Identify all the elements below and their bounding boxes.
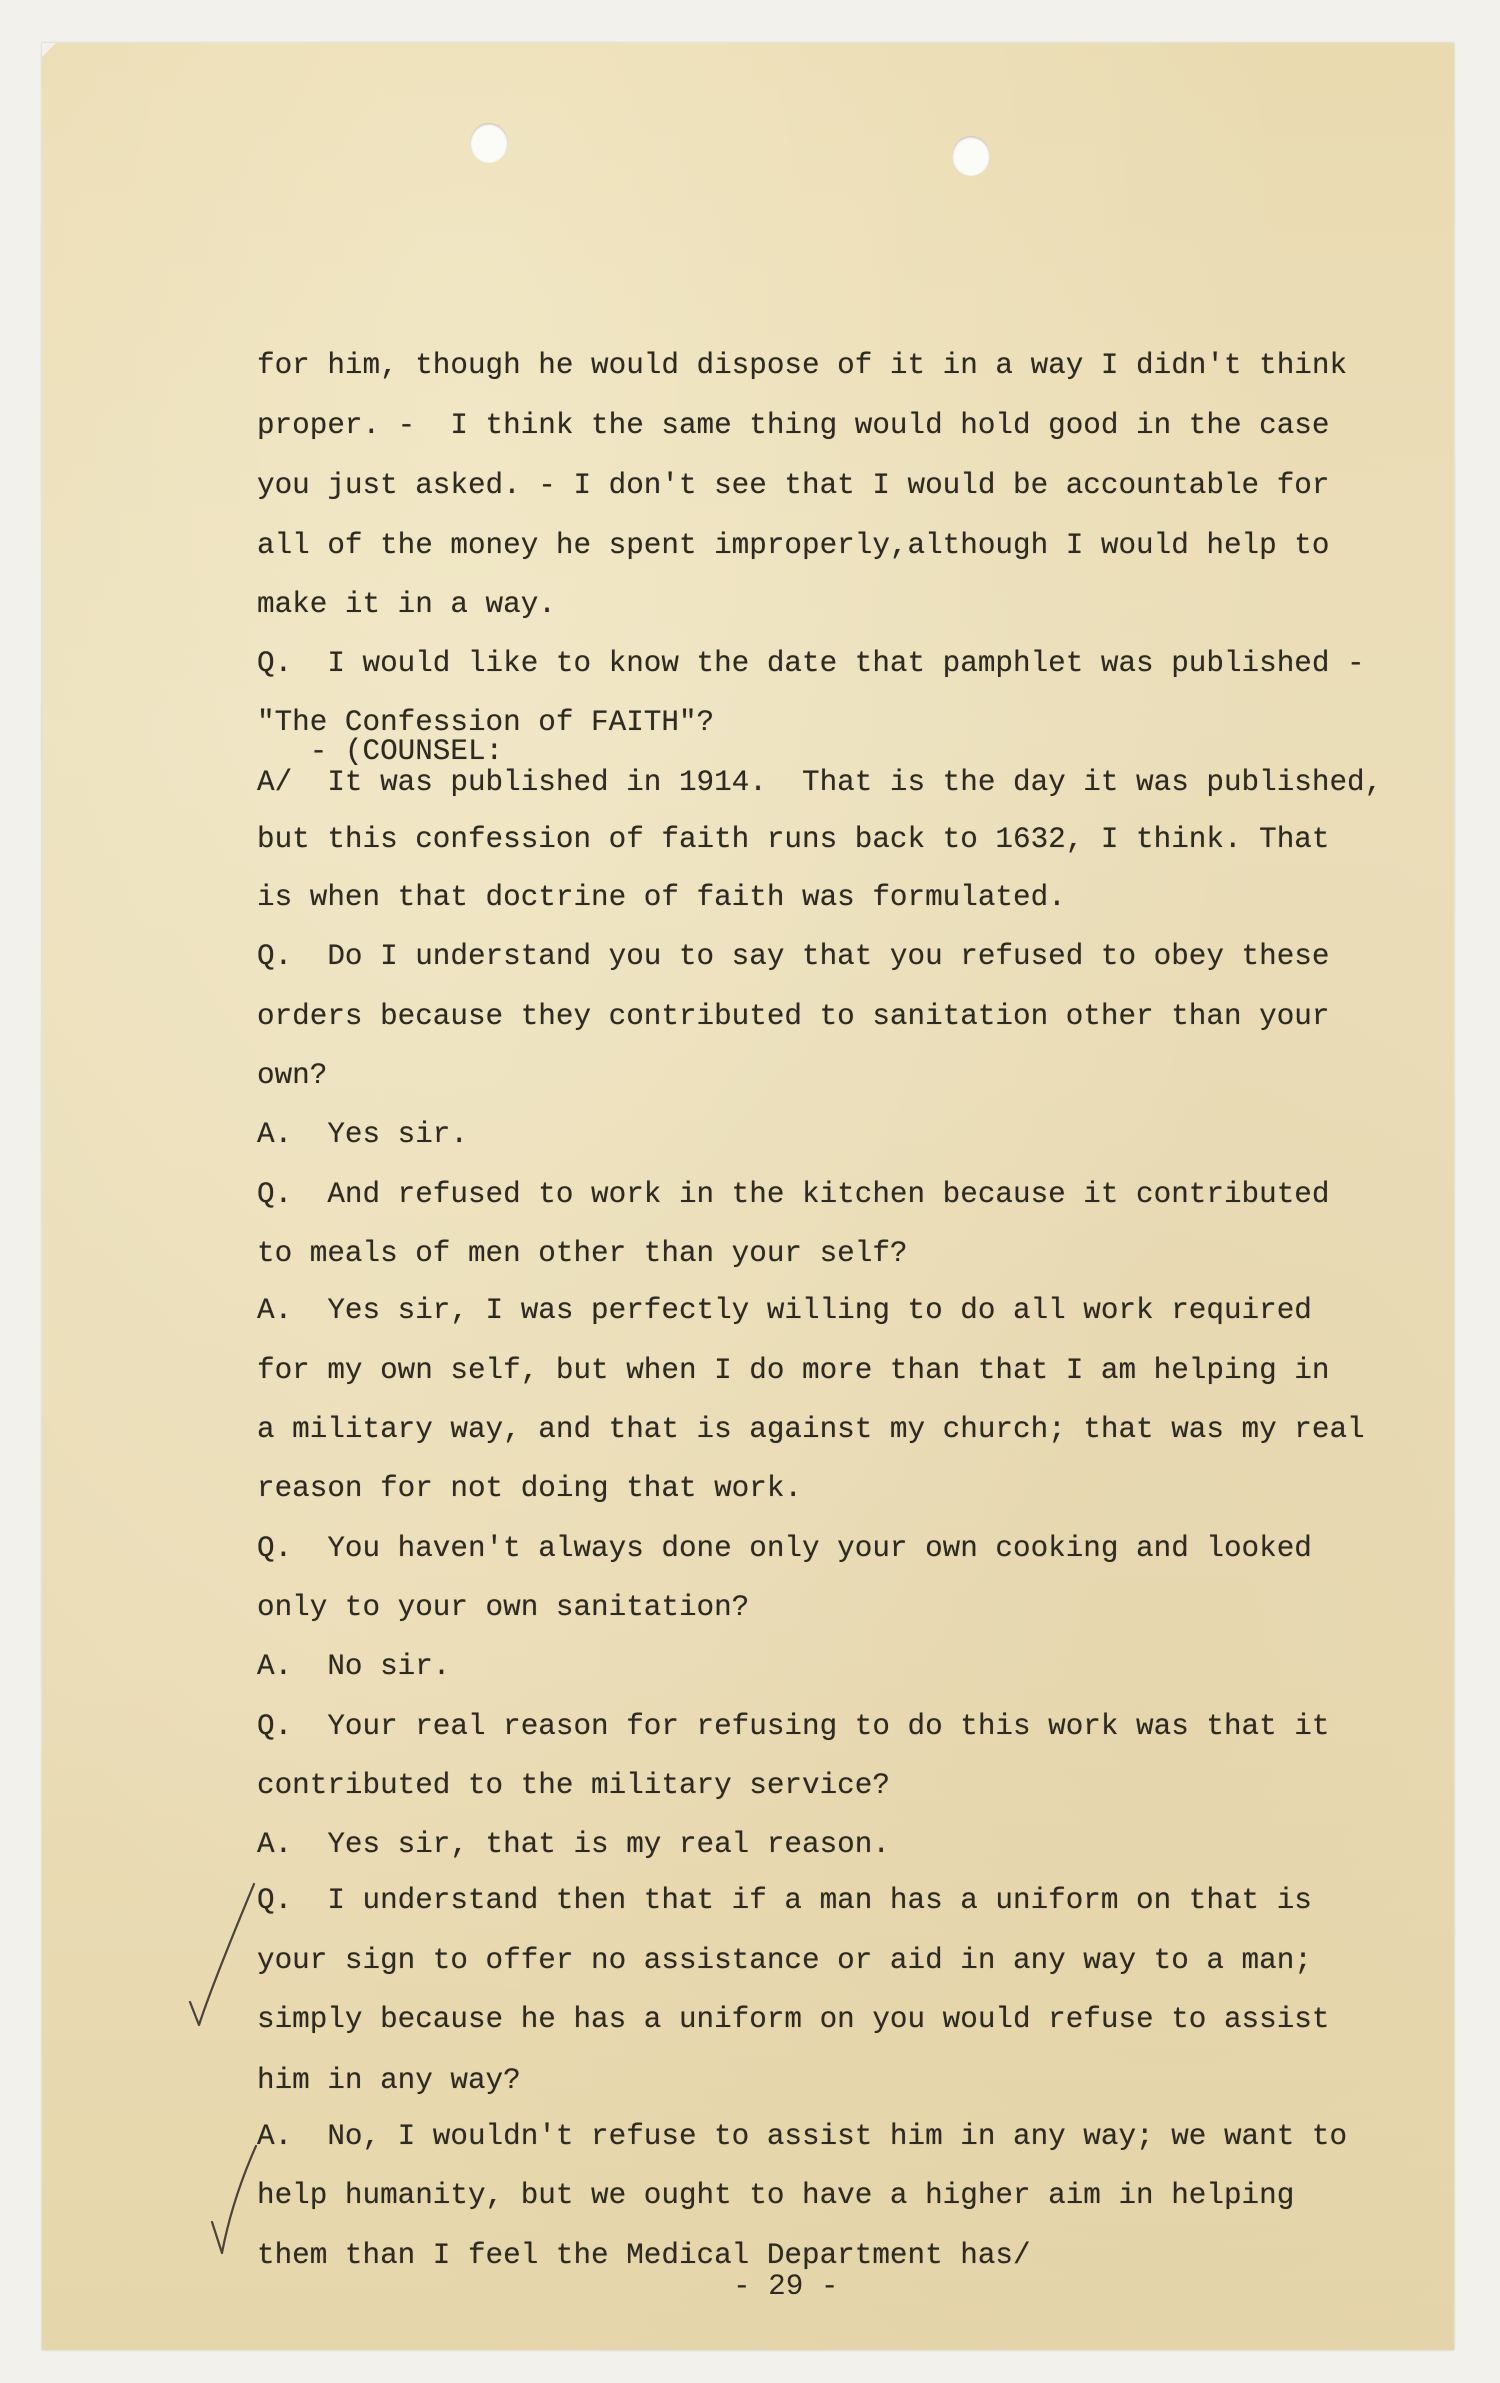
transcript-line: a military way, and that is against my c… xyxy=(257,1414,1365,1446)
answer-line: A. Yes sir, I was perfectly willing to d… xyxy=(257,1295,1312,1327)
transcript-line: to meals of men other than your self? xyxy=(257,1238,908,1270)
answer-line: A. Yes sir, that is my real reason. xyxy=(257,1829,890,1861)
transcript-line: proper. - I think the same thing would h… xyxy=(257,410,1329,442)
transcript-line: but this confession of faith runs back t… xyxy=(257,824,1329,856)
transcript-line: your sign to offer no assistance or aid … xyxy=(257,1945,1312,1977)
transcript-line: them than I feel the Medical Department … xyxy=(257,2240,1031,2272)
transcript-line: orders because they contributed to sanit… xyxy=(257,1001,1329,1033)
punch-hole-left xyxy=(470,123,508,163)
answer-line: A. Yes sir. xyxy=(257,1119,468,1151)
punch-hole-right xyxy=(952,136,990,176)
question-line: Q. And refused to work in the kitchen be… xyxy=(257,1179,1329,1211)
transcript-line: for him, though he would dispose of it i… xyxy=(257,350,1347,382)
transcript-line: all of the money he spent improperly,alt… xyxy=(257,530,1329,562)
answer-line: A. No sir. xyxy=(257,1651,450,1683)
transcript-line: reason for not doing that work. xyxy=(257,1473,802,1505)
transcript-line: help humanity, but we ought to have a hi… xyxy=(257,2180,1294,2212)
page-number: - 29 - xyxy=(733,2271,839,2303)
transcript-line: make it in a way. xyxy=(257,589,556,621)
question-line: Q. Do I understand you to say that you r… xyxy=(257,941,1329,973)
question-line: Q. I would like to know the date that pa… xyxy=(257,648,1365,680)
question-line: Q. Your real reason for refusing to do t… xyxy=(257,1711,1329,1743)
transcript-line: own? xyxy=(257,1060,327,1092)
answer-line: A. No, I wouldn't refuse to assist him i… xyxy=(257,2121,1347,2153)
transcript-line: you just asked. - I don't see that I wou… xyxy=(257,470,1329,502)
transcript-line: simply because he has a uniform on you w… xyxy=(257,2004,1329,2036)
answer-line: A/ It was published in 1914. That is the… xyxy=(257,767,1382,799)
transcript-line: only to your own sanitation? xyxy=(257,1592,749,1624)
question-line: Q. I understand then that if a man has a… xyxy=(257,1885,1312,1917)
transcript-line: for my own self, but when I do more than… xyxy=(257,1355,1329,1387)
counsel-annotation: - (COUNSEL: xyxy=(257,736,503,768)
transcript-line: contributed to the military service? xyxy=(257,1770,890,1802)
question-line: Q. You haven't always done only your own… xyxy=(257,1533,1312,1565)
transcript-line: him in any way? xyxy=(257,2065,521,2097)
transcript-line: is when that doctrine of faith was formu… xyxy=(257,882,1066,914)
